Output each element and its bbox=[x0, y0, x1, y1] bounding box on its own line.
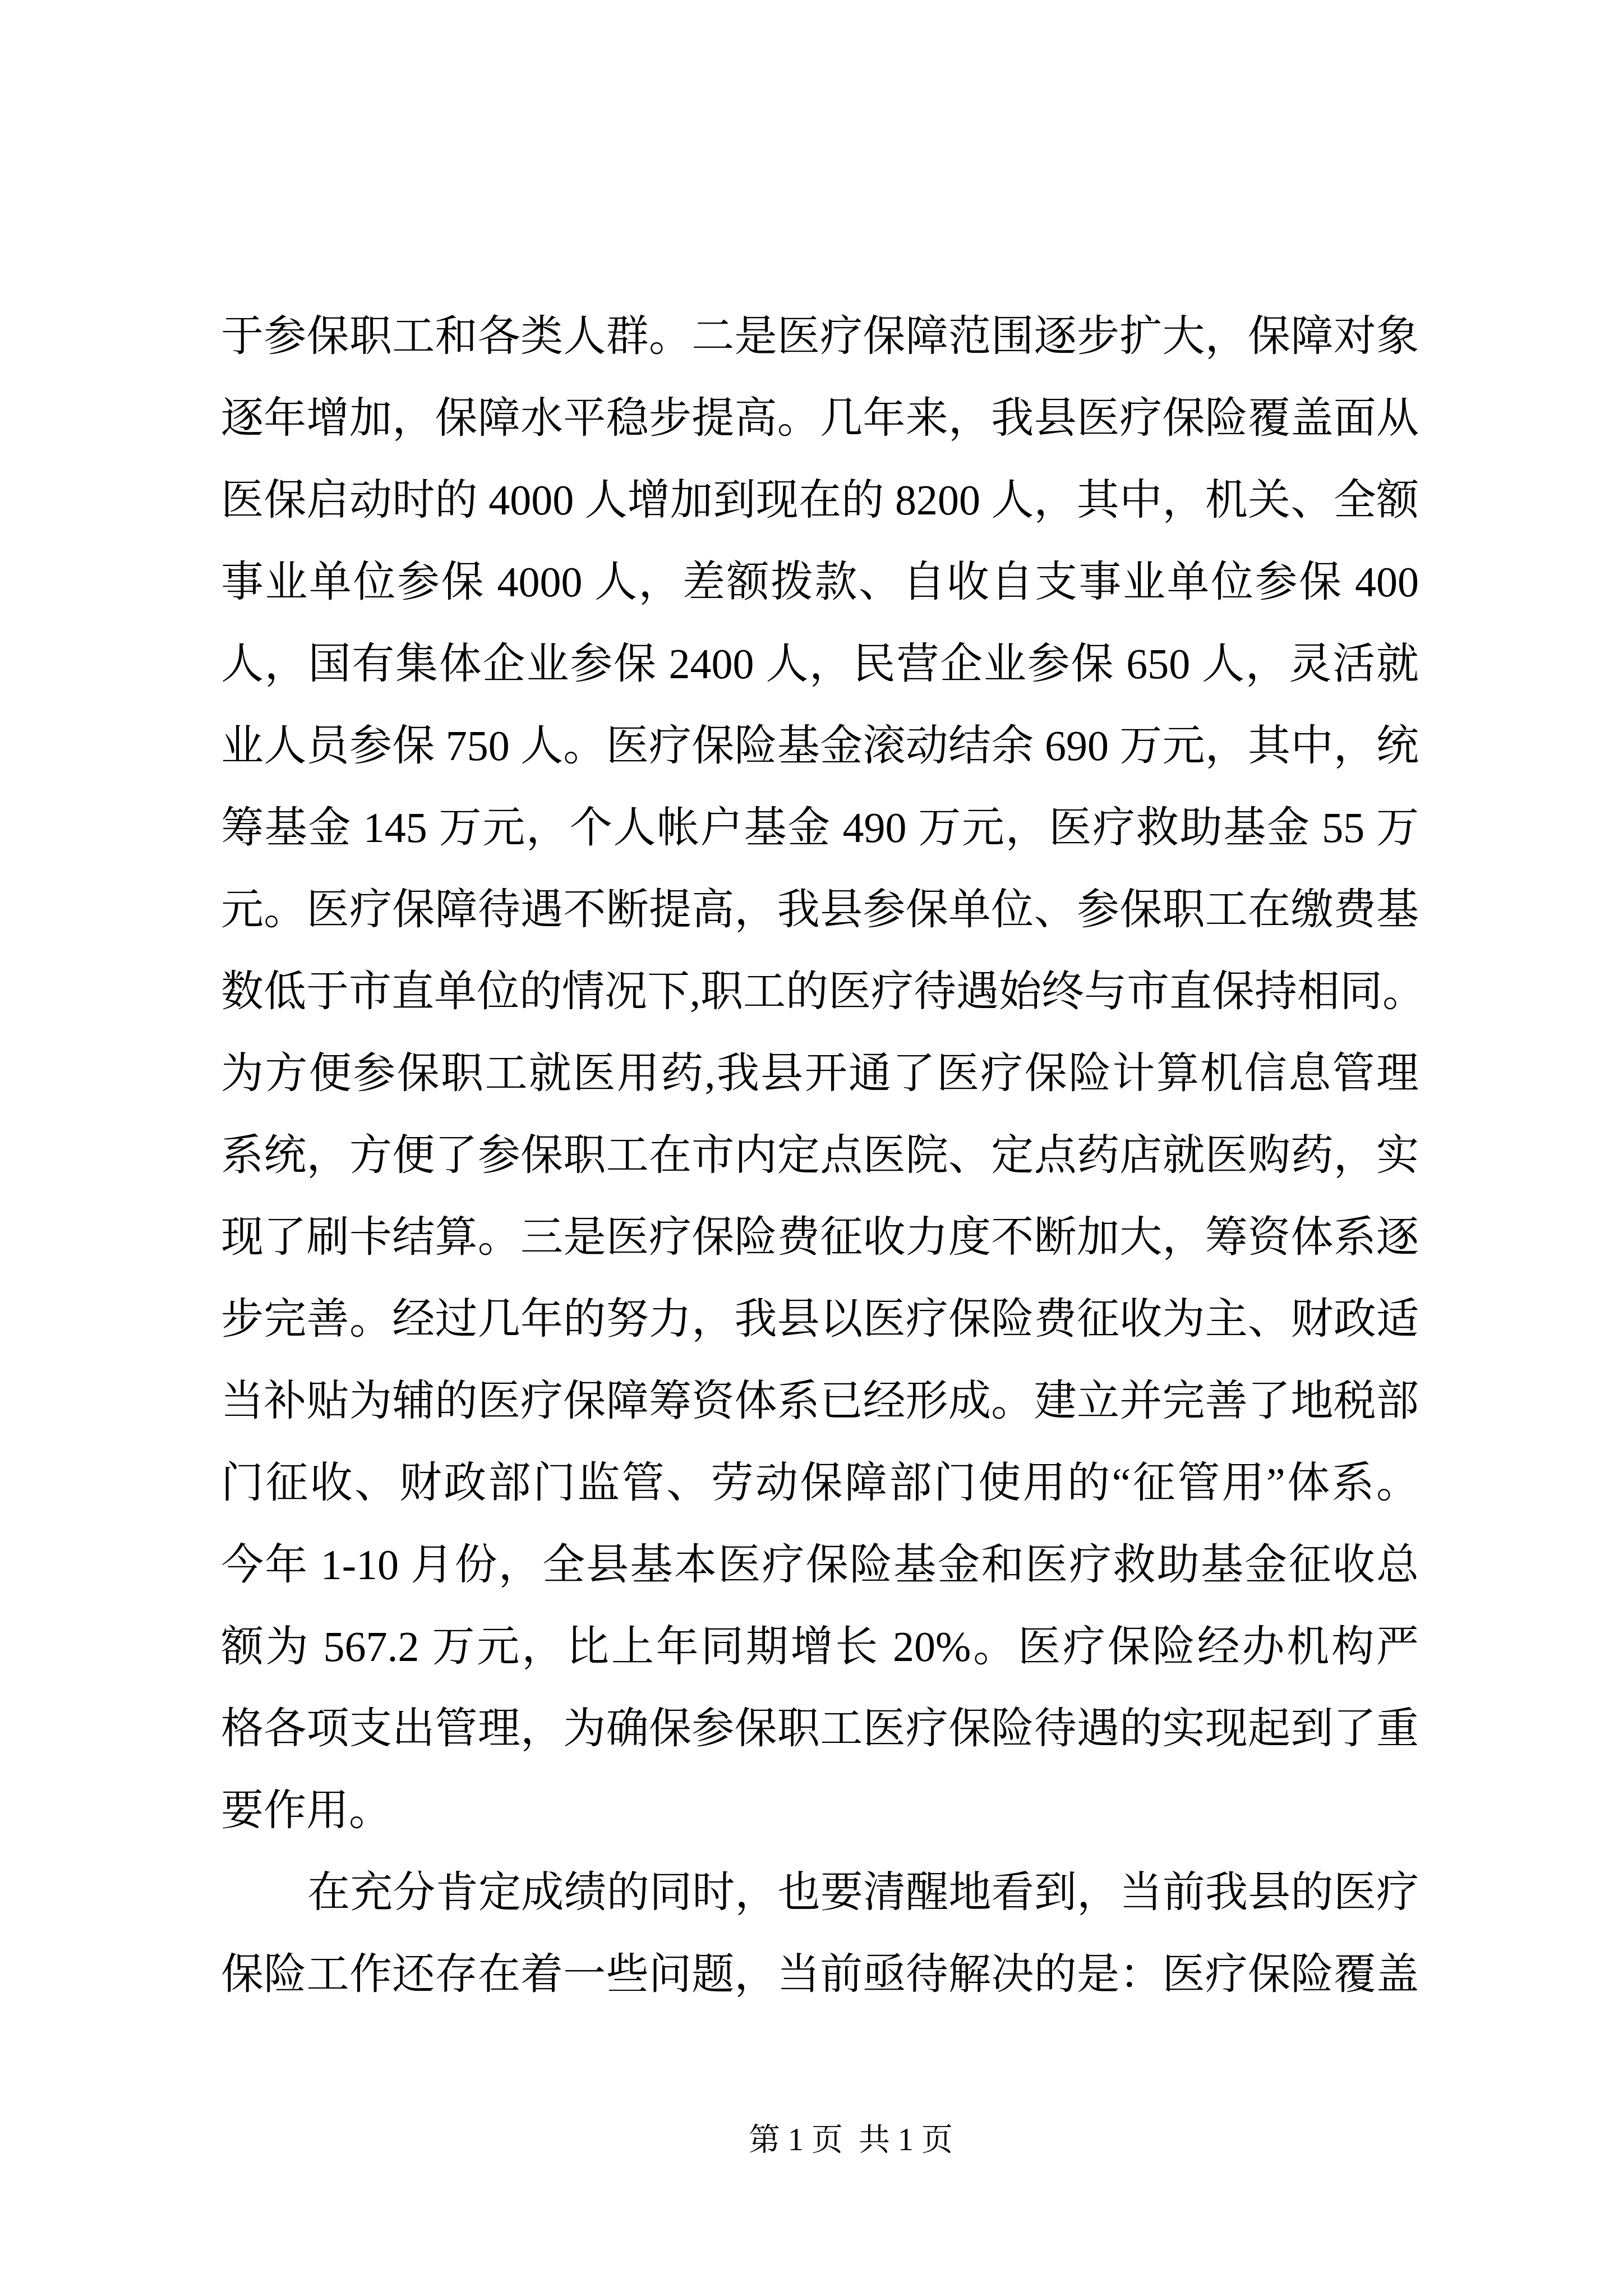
text-line: 筹基金 145 万元，个人帐户基金 490 万元，医疗救助基金 55 万 bbox=[221, 787, 1419, 869]
text-line: 门征收、财政部门监管、劳动保障部门使用的“征管用”体系。 bbox=[221, 1442, 1419, 1524]
text-line: 于参保职工和各类人群。二是医疗保障范围逐步扩大，保障对象 bbox=[221, 296, 1419, 378]
text-line: 当补贴为辅的医疗保障筹资体系已经形成。建立并完善了地税部 bbox=[221, 1360, 1419, 1442]
text-line: 今年 1-10 月份，全县基本医疗保险基金和医疗救助基金征收总 bbox=[221, 1524, 1419, 1606]
text-line: 格各项支出管理，为确保参保职工医疗保险待遇的实现起到了重 bbox=[221, 1688, 1419, 1770]
paragraph-1: 于参保职工和各类人群。二是医疗保障范围逐步扩大，保障对象 逐年增加，保障水平稳步… bbox=[221, 296, 1419, 1852]
text-line: 额为 567.2 万元，比上年同期增长 20%。医疗保险经办机构严 bbox=[221, 1606, 1419, 1688]
document-page: 于参保职工和各类人群。二是医疗保障范围逐步扩大，保障对象 逐年增加，保障水平稳步… bbox=[0, 0, 1623, 2296]
document-body: 于参保职工和各类人群。二是医疗保障范围逐步扩大，保障对象 逐年增加，保障水平稳步… bbox=[221, 296, 1419, 2016]
text-line: 要作用。 bbox=[221, 1770, 1419, 1852]
text-line: 元。医疗保障待遇不断提高，我县参保单位、参保职工在缴费基 bbox=[221, 869, 1419, 951]
text-line: 步完善。经过几年的努力，我县以医疗保险费征收为主、财政适 bbox=[221, 1278, 1419, 1360]
paragraph-2: 在充分肯定成绩的同时，也要清醒地看到，当前我县的医疗 保险工作还存在着一些问题，… bbox=[221, 1852, 1419, 2016]
text-line: 系统，方便了参保职工在市内定点医院、定点药店就医购药，实 bbox=[221, 1115, 1419, 1197]
text-line: 医保启动时的 4000 人增加到现在的 8200 人，其中，机关、全额 bbox=[221, 459, 1419, 541]
text-line: 保险工作还存在着一些问题，当前亟待解决的是：医疗保险覆盖 bbox=[221, 1934, 1419, 2016]
page-number-footer: 第 1 页 共 1 页 bbox=[739, 2120, 963, 2160]
text-line: 业人员参保 750 人。医疗保险基金滚动结余 690 万元，其中，统 bbox=[221, 705, 1419, 787]
text-line: 逐年增加，保障水平稳步提高。几年来，我县医疗保险覆盖面从 bbox=[221, 378, 1419, 459]
text-line: 现了刷卡结算。三是医疗保险费征收力度不断加大，筹资体系逐 bbox=[221, 1197, 1419, 1278]
text-line: 事业单位参保 4000 人，差额拨款、自收自支事业单位参保 400 bbox=[221, 541, 1419, 623]
text-line: 在充分肯定成绩的同时，也要清醒地看到，当前我县的医疗 bbox=[221, 1852, 1419, 1934]
text-line: 为方便参保职工就医用药,我县开通了医疗保险计算机信息管理 bbox=[221, 1033, 1419, 1115]
text-line: 人，国有集体企业参保 2400 人，民营企业参保 650 人，灵活就 bbox=[221, 623, 1419, 705]
text-line: 数低于市直单位的情况下,职工的医疗待遇始终与市直保持相同。 bbox=[221, 951, 1419, 1033]
